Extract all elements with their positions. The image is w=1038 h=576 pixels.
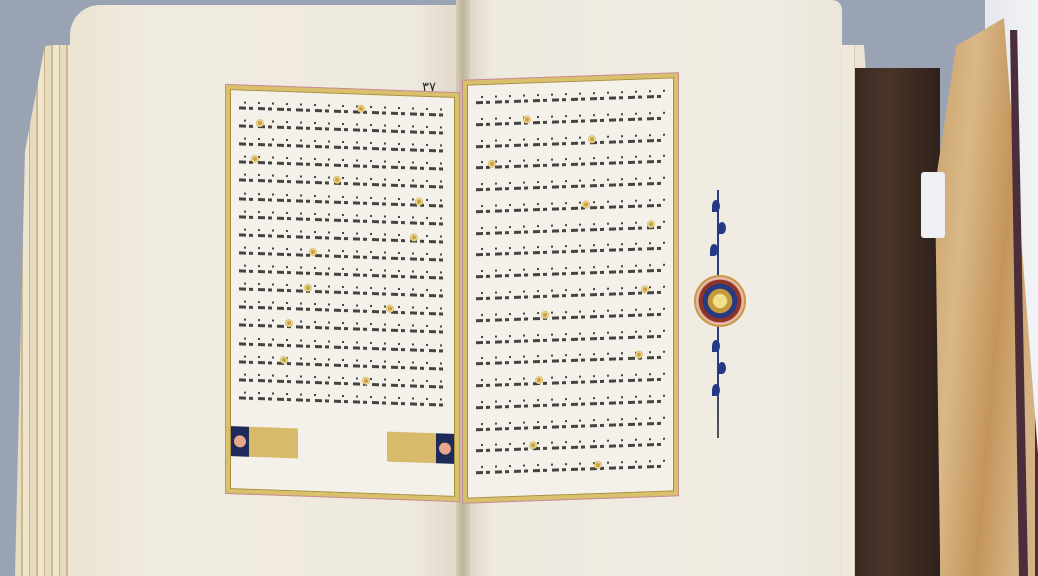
right-text-frame: [462, 72, 679, 504]
calligraphy-line: [476, 400, 665, 410]
calligraphy-line: [239, 378, 446, 388]
calligraphy-line: [476, 465, 665, 475]
calligraphy-line: [476, 160, 665, 170]
calligraphy-line: [476, 247, 665, 257]
calligraphy-line: [239, 124, 446, 134]
verse-marker-icon: [256, 119, 264, 127]
verse-marker-icon: [588, 135, 596, 143]
verse-marker-icon: [582, 200, 590, 208]
calligraphy-line: [476, 204, 665, 214]
verse-marker-icon: [523, 115, 531, 123]
verse-marker-icon: [415, 197, 423, 205]
ornament-leaf-icon: [718, 222, 726, 234]
ornament-leaf-icon: [712, 384, 720, 396]
calligraphy-line: [239, 161, 446, 171]
calligraphy-line: [239, 251, 446, 261]
verse-marker-icon: [280, 355, 288, 363]
calligraphy-line: [239, 269, 446, 279]
left-text-block: [230, 89, 455, 497]
calligraphy-line: [239, 143, 446, 153]
calligraphy-line: [476, 182, 665, 192]
calligraphy-line: [239, 288, 446, 298]
calligraphy-line: [239, 106, 446, 116]
calligraphy-line: [476, 312, 665, 322]
calligraphy-line: [239, 324, 446, 334]
verse-marker-icon: [410, 233, 418, 241]
ornament-leaf-icon: [712, 340, 720, 352]
ornament-leaf-icon: [718, 362, 726, 374]
calligraphy-line: [239, 360, 446, 370]
calligraphy-line: [476, 269, 665, 279]
verse-marker-icon: [357, 105, 365, 113]
verse-marker-icon: [309, 248, 317, 256]
calligraphy-line: [476, 378, 665, 388]
right-text-block: [467, 77, 674, 498]
marginal-medallion-icon: [694, 275, 746, 327]
verse-marker-icon: [647, 220, 655, 228]
calligraphy-line: [239, 396, 446, 406]
verse-marker-icon: [362, 376, 370, 384]
calligraphy-line: [239, 306, 446, 316]
calligraphy-line: [476, 421, 665, 431]
calligraphy-line: [476, 291, 665, 301]
left-text-frame: [225, 84, 460, 502]
calligraphy-line: [239, 342, 446, 352]
ornament-leaf-icon: [710, 244, 718, 256]
calligraphy-line: [239, 179, 446, 189]
calligraphy-line: [476, 443, 665, 453]
calligraphy-line: [239, 215, 446, 225]
calligraphy-line: [476, 95, 665, 105]
calligraphy-line: [476, 138, 665, 148]
calligraphy-line: [476, 116, 665, 126]
cover-gap: [921, 172, 945, 238]
ornament-leaf-icon: [712, 200, 720, 212]
leather-cover-inner: [855, 68, 940, 576]
verse-marker-icon: [541, 311, 549, 319]
calligraphy-line: [476, 225, 665, 235]
illuminated-cartouche: [231, 426, 454, 464]
calligraphy-line: [476, 334, 665, 344]
